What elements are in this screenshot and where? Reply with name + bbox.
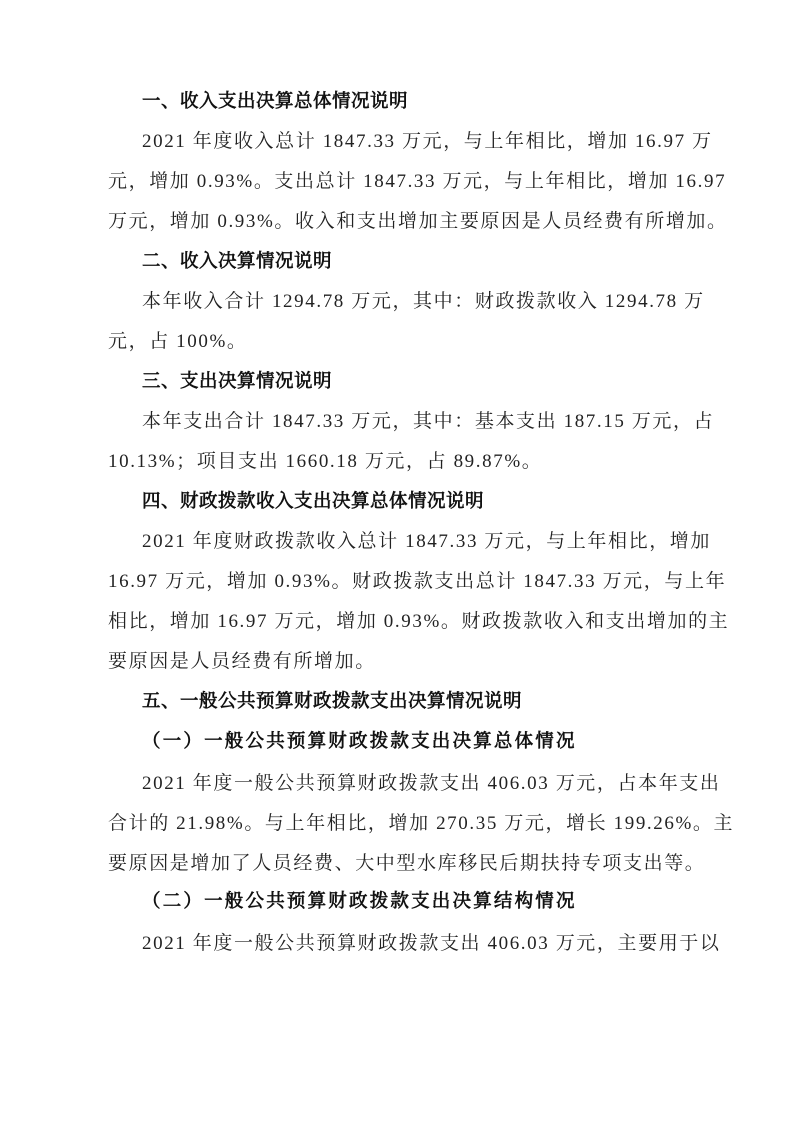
subsection-heading-2: （二）一般公共预算财政拨款支出决算结构情况 <box>142 890 732 914</box>
section-heading-4: 四、财政拨款收入支出决算总体情况说明 <box>142 490 732 514</box>
section-heading-2: 二、收入决算情况说明 <box>142 250 732 274</box>
paragraph-line: 相比，增加 16.97 万元，增加 0.93%。财政拨款收入和支出增加的主 <box>108 610 698 634</box>
paragraph-line: 10.13%；项目支出 1660.18 万元，占 89.87%。 <box>108 450 698 474</box>
paragraph-line: 元，增加 0.93%。支出总计 1847.33 万元，与上年相比，增加 16.9… <box>108 170 698 194</box>
paragraph-line: 本年支出合计 1847.33 万元，其中：基本支出 187.15 万元，占 <box>142 410 732 434</box>
paragraph-line: 2021 年度一般公共预算财政拨款支出 406.03 万元，主要用于以 <box>142 932 732 956</box>
paragraph-line: 元，占 100%。 <box>108 330 698 354</box>
section-heading-3: 三、支出决算情况说明 <box>142 370 732 394</box>
paragraph-line: 2021 年度财政拨款收入总计 1847.33 万元，与上年相比，增加 <box>142 530 732 554</box>
paragraph-line: 要原因是人员经费有所增加。 <box>108 650 698 674</box>
section-heading-1: 一、收入支出决算总体情况说明 <box>142 90 732 114</box>
paragraph-line: 2021 年度收入总计 1847.33 万元，与上年相比，增加 16.97 万 <box>142 130 732 154</box>
paragraph-line: 16.97 万元，增加 0.93%。财政拨款支出总计 1847.33 万元，与上… <box>108 570 698 594</box>
paragraph-line: 合计的 21.98%。与上年相比，增加 270.35 万元，增长 199.26%… <box>108 812 698 836</box>
paragraph-line: 万元，增加 0.93%。收入和支出增加主要原因是人员经费有所增加。 <box>108 210 698 234</box>
paragraph-line: 要原因是增加了人员经费、大中型水库移民后期扶持专项支出等。 <box>108 852 698 876</box>
paragraph-line: 2021 年度一般公共预算财政拨款支出 406.03 万元，占本年支出 <box>142 772 732 796</box>
subsection-heading-1: （一）一般公共预算财政拨款支出决算总体情况 <box>142 730 732 754</box>
paragraph-line: 本年收入合计 1294.78 万元，其中：财政拨款收入 1294.78 万 <box>142 290 732 314</box>
section-heading-5: 五、一般公共预算财政拨款支出决算情况说明 <box>142 690 732 714</box>
document-page: 一、收入支出决算总体情况说明 2021 年度收入总计 1847.33 万元，与上… <box>0 0 793 1122</box>
